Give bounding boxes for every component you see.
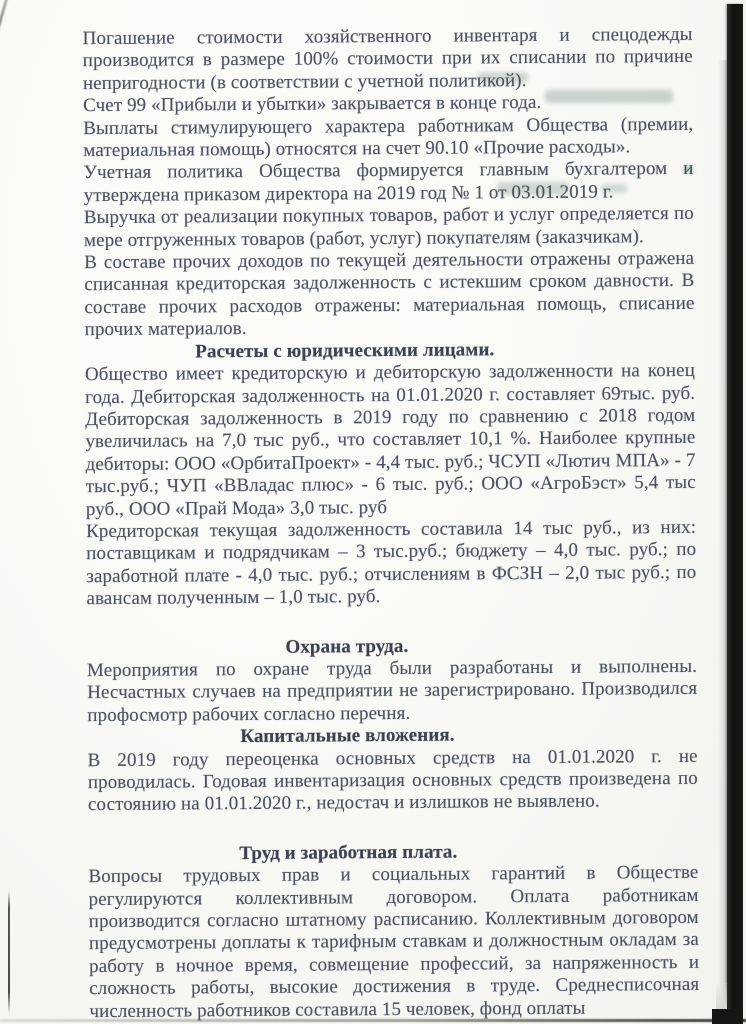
scanned-page: Погашение стоимости хозяйственного инвен… xyxy=(0,0,746,1024)
section-heading: Труд и заработная плата. xyxy=(43,840,653,867)
paragraph: Выплаты стимулирующего характера работни… xyxy=(83,114,693,163)
paragraph: Выручка от реализации покупных товаров, … xyxy=(84,203,694,252)
scan-line-bottomleft xyxy=(8,891,10,1014)
section-heading: Расчеты с юридическими лицами. xyxy=(40,338,650,365)
scan-fold-topleft xyxy=(0,0,10,97)
paragraph: В 2019 году переоценка основных средств … xyxy=(88,745,698,816)
paragraph: Кредиторская текущая задолженность соста… xyxy=(86,517,697,611)
section-heading: Охрана труда. xyxy=(42,634,652,661)
scan-corner-notch-bottomright xyxy=(716,983,727,1010)
scan-edge-shadow-right xyxy=(718,60,727,1024)
scan-corner-bottomright xyxy=(712,1009,743,1024)
paragraph: Мероприятия по охране труда были разрабо… xyxy=(87,656,697,727)
paragraph: Общество имеет кредиторскую и дебиторску… xyxy=(85,360,696,521)
paragraph: В составе прочих доходов по текущей деят… xyxy=(84,248,695,342)
paragraph: Вопросы трудовых прав и социальных гаран… xyxy=(88,862,699,1023)
section-heading: Капитальные вложения. xyxy=(42,723,652,750)
scan-edge-right-bar xyxy=(727,4,743,1024)
document-text: Погашение стоимости хозяйственного инвен… xyxy=(83,24,700,1023)
paragraph: Погашение стоимости хозяйственного инвен… xyxy=(83,24,693,95)
paragraph: Учетная политика Общества формируется гл… xyxy=(83,158,693,207)
